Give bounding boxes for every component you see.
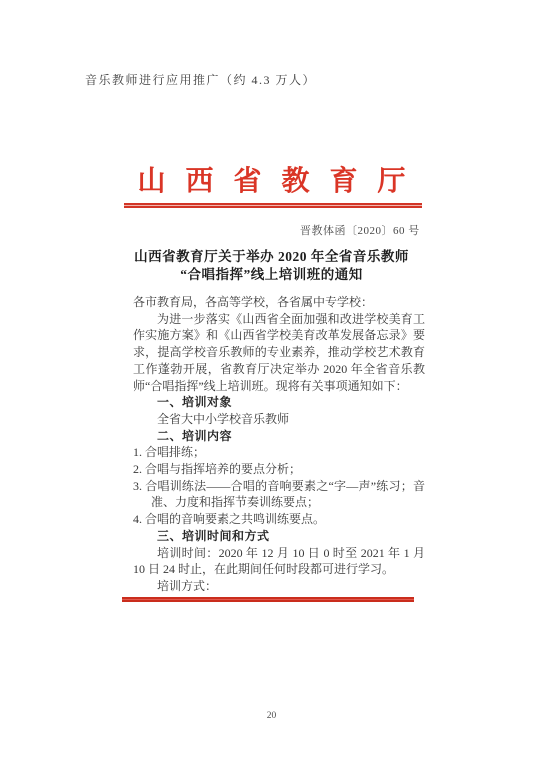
section1-body: 全省大中小学校音乐教师	[133, 411, 425, 428]
section3-heading: 三、培训时间和方式	[133, 528, 425, 545]
letterhead-agency-name: 山西省教育厅	[0, 159, 543, 199]
section1-heading: 一、培训对象	[133, 394, 425, 411]
list-item-3: 3. 合唱训练法——合唱的音响要素之“字—声”练习；音准、力度和指挥节奏训练要点…	[133, 478, 425, 511]
method-paragraph: 培训方式：	[133, 578, 425, 595]
document-number: 晋教体函〔2020〕60 号	[300, 222, 420, 238]
letterhead-double-rule	[124, 203, 422, 208]
list-item-4: 4. 合唱的音响要素之共鸣训练要点。	[133, 511, 425, 528]
notice-title-line2: “合唱指挥”线上培训班的通知	[0, 266, 543, 284]
list-item-2: 2. 合唱与指挥培养的要点分析；	[133, 461, 425, 478]
list-item-1: 1. 合唱排练；	[133, 444, 425, 461]
page-number: 20	[0, 711, 543, 721]
intro-paragraph: 为进一步落实《山西省全面加强和改进学校美育工作实施方案》和《山西省学校美育改革发…	[133, 311, 425, 395]
salutation: 各市教育局，各高等学校，各省属中专学校：	[133, 294, 425, 311]
document-page: 音乐教师进行应用推广（约 4.3 万人） 山西省教育厅 晋教体函〔2020〕60…	[0, 0, 543, 768]
notice-title-line1: 山西省教育厅关于举办 2020 年全省音乐教师	[0, 248, 543, 266]
time-paragraph: 培训时间：2020 年 12 月 10 日 0 时至 2021 年 1 月 10…	[133, 545, 425, 578]
section2-heading: 二、培训内容	[133, 428, 425, 445]
previous-paragraph-tail-text: 音乐教师进行应用推广（约 4.3 万人）	[85, 71, 316, 88]
notice-title: 山西省教育厅关于举办 2020 年全省音乐教师 “合唱指挥”线上培训班的通知	[0, 248, 543, 284]
letter-page-bottom-red-rule	[122, 597, 414, 602]
notice-body: 各市教育局，各高等学校，各省属中专学校： 为进一步落实《山西省全面加强和改进学校…	[133, 294, 425, 595]
